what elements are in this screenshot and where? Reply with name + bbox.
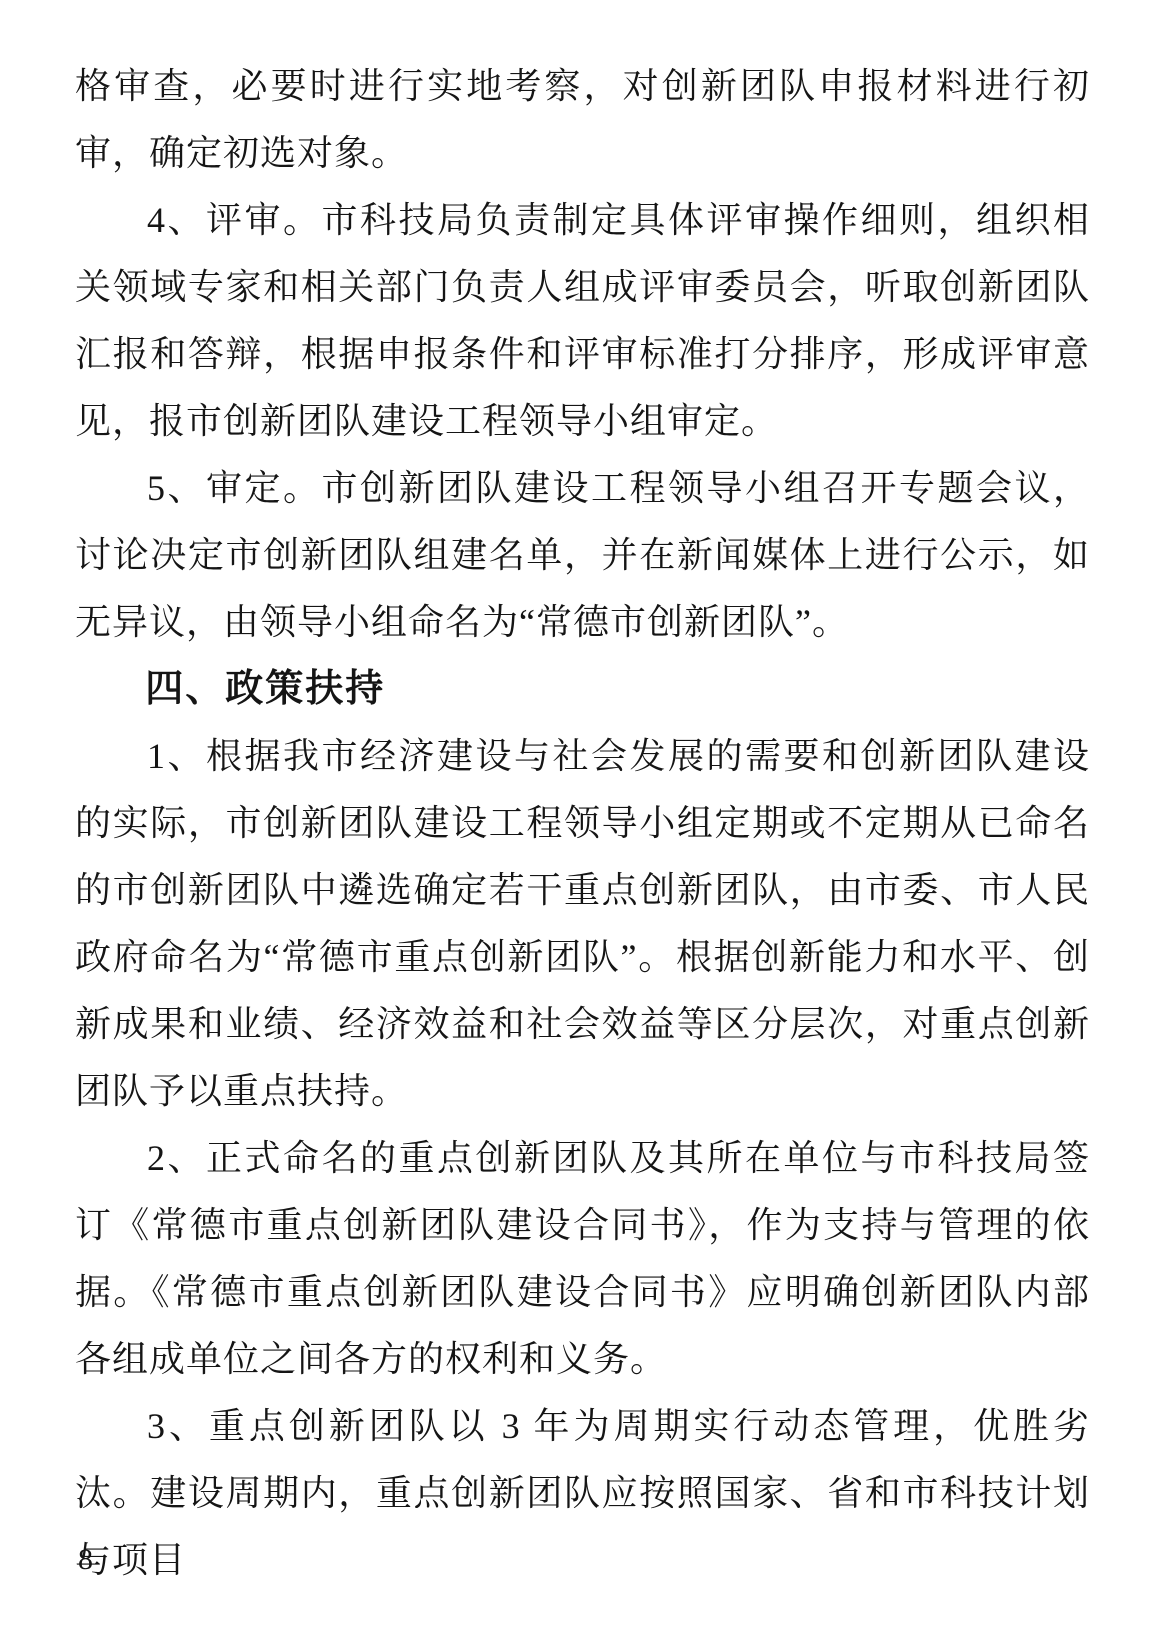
page-number: 8 <box>78 1543 93 1577</box>
paragraph-policy-1: 1、根据我市经济建设与社会发展的需要和创新团队建设的实际，市创新团队建设工程领导… <box>75 723 1090 1125</box>
document-body: 格审查，必要时进行实地考察，对创新团队申报材料进行初审，确定初选对象。 4、评审… <box>75 53 1090 1594</box>
paragraph-continuation: 格审查，必要时进行实地考察，对创新团队申报材料进行初审，确定初选对象。 <box>75 53 1090 187</box>
document-page: 格审查，必要时进行实地考察，对创新团队申报材料进行初审，确定初选对象。 4、评审… <box>0 0 1165 1637</box>
paragraph-item-4-review: 4、评审。市科技局负责制定具体评审操作细则，组织相关领域专家和相关部门负责人组成… <box>75 187 1090 455</box>
paragraph-policy-2: 2、正式命名的重点创新团队及其所在单位与市科技局签订《常德市重点创新团队建设合同… <box>75 1125 1090 1393</box>
paragraph-item-5-approval: 5、审定。市创新团队建设工程领导小组召开专题会议，讨论决定市创新团队组建名单，并… <box>75 455 1090 656</box>
section-heading-policy-support: 四、政策扶持 <box>75 656 1090 723</box>
paragraph-policy-3: 3、重点创新团队以 3 年为周期实行动态管理，优胜劣汰。建设周期内，重点创新团队… <box>75 1393 1090 1594</box>
